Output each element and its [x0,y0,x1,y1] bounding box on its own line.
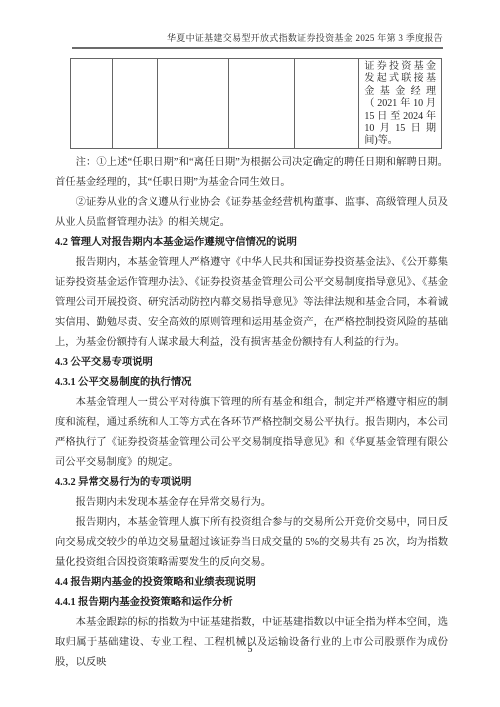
note-paragraph: 注：①上述“任职日期”和“离任日期”为根据公司决定确定的聘任日期和解聘日期。首任… [55,153,448,193]
document-body: 注：①上述“任职日期”和“离任日期”为根据公司决定确定的聘任日期和解聘日期。首任… [55,153,448,673]
table-cell-empty [113,59,158,148]
section-heading-4-4: 4.4 报告期内基金的投资策略和业绩表现说明 [55,573,448,593]
note-paragraph: ②证券从业的含义遵从行业协会《证券基金经营机构董事、监事、高级管理人员及从业人员… [55,193,448,233]
table-cell-empty [229,59,295,148]
cell-line: 证券投资基金 [364,61,436,73]
page-number: 5 [0,644,500,655]
section-heading-4-3-1: 4.3.1 公平交易制度的执行情况 [55,373,448,393]
cell-line: 金基金经理 [364,86,436,98]
cell-line: （2021年10月 [364,98,436,110]
body-paragraph: 本基金跟踪的标的指数为中证基建指数，中证基建指数以中证全指为样本空间，选取归属于… [55,613,448,673]
section-heading-4-3: 4.3 公平交易专项说明 [55,353,448,373]
table-cell-empty [295,59,360,148]
section-heading-4-4-1: 4.4.1 报告期内基金投资策略和运作分析 [55,593,448,613]
body-paragraph: 报告期内，本基金管理人严格遵守《中华人民共和国证券投资基金法》、《公开募集证券投… [55,253,448,353]
section-heading-4-2: 4.2 管理人对报告期内本基金运作遵规守信情况的说明 [55,233,448,253]
cell-line: 15日至2024年 [364,111,436,123]
header-title: 华夏中证基建交易型开放式指数证券投资基金 2025 年第 3 季度报告 [167,33,443,43]
page-header: 华夏中证基建交易型开放式指数证券投资基金 2025 年第 3 季度报告 [72,32,443,49]
body-paragraph: 报告期内，本基金管理人旗下所有投资组合参与的交易所公开竞价交易中，同日反向交易成… [55,513,448,573]
body-paragraph: 报告期内未发现本基金存在异常交易行为。 [55,493,448,513]
cell-line: 10月15日期 [364,123,436,135]
report-page: 华夏中证基建交易型开放式指数证券投资基金 2025 年第 3 季度报告 证券投资… [0,0,500,707]
table-cell-remark: 证券投资基金 发起式联接基 金基金经理 （2021年10月 15日至2024年 … [359,59,441,148]
cell-line: 发起式联接基 [364,73,436,85]
cell-line: 间)等。 [364,135,436,147]
fund-manager-table: 证券投资基金 发起式联接基 金基金经理 （2021年10月 15日至2024年 … [70,58,442,149]
section-heading-4-3-2: 4.3.2 异常交易行为的专项说明 [55,473,448,493]
table-cell-empty [71,59,113,148]
body-paragraph: 本基金管理人一贯公平对待旗下管理的所有基金和组合，制定并严格遵守相应的制度和流程… [55,393,448,473]
table-cell-empty [158,59,230,148]
